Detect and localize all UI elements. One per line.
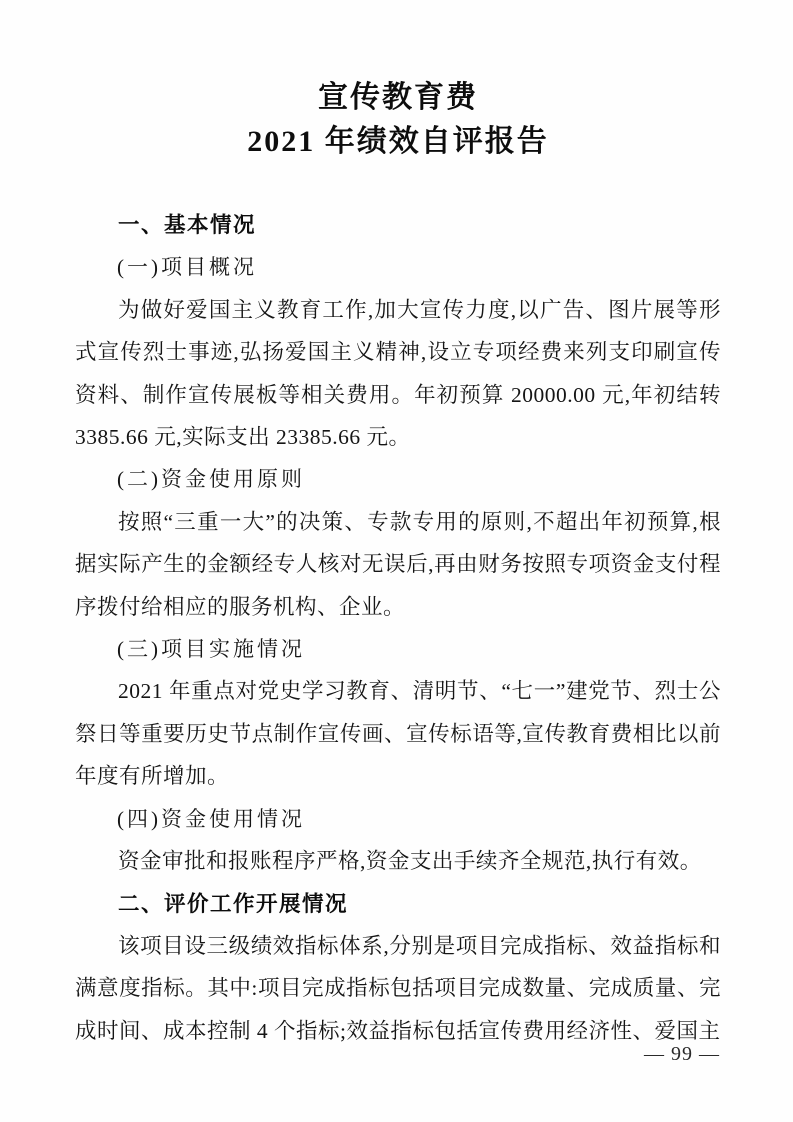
paragraph-fund-usage: 资金审批和报账程序严格,资金支出手续齐全规范,执行有效。 xyxy=(75,840,721,882)
paragraph-implementation: 2021 年重点对党史学习教育、清明节、“七一”建党节、烈士公祭日等重要历史节点… xyxy=(75,670,721,797)
page-number: — 99 — xyxy=(644,1042,720,1066)
section-heading-evaluation-work: 二、评价工作开展情况 xyxy=(75,883,721,925)
document-title-line1: 宣传教育费 xyxy=(75,76,721,120)
subsection-title-fund-principles: (二)资金使用原则 xyxy=(75,458,721,500)
subsection-title-fund-usage: (四)资金使用情况 xyxy=(75,798,721,840)
paragraph-evaluation-work: 该项目设三级绩效指标体系,分别是项目完成指标、效益指标和满意度指标。其中:项目完… xyxy=(75,925,721,1052)
paragraph-project-overview: 为做好爱国主义教育工作,加大宣传力度,以广告、图片展等形式宣传烈士事迹,弘扬爱国… xyxy=(75,289,721,459)
subsection-title-implementation: (三)项目实施情况 xyxy=(75,628,721,670)
report-page: 宣传教育费 2021 年绩效自评报告 一、基本情况 (一)项目概况 为做好爱国主… xyxy=(0,0,793,1122)
section-heading-basic-info: 一、基本情况 xyxy=(75,204,721,246)
document-body: 一、基本情况 (一)项目概况 为做好爱国主义教育工作,加大宣传力度,以广告、图片… xyxy=(75,204,721,1052)
page-content: 宣传教育费 2021 年绩效自评报告 一、基本情况 (一)项目概况 为做好爱国主… xyxy=(75,0,721,1052)
subsection-title-project-overview: (一)项目概况 xyxy=(75,246,721,288)
document-title: 宣传教育费 2021 年绩效自评报告 xyxy=(75,76,721,164)
document-title-line2: 2021 年绩效自评报告 xyxy=(75,120,721,164)
paragraph-fund-principles: 按照“三重一大”的决策、专款专用的原则,不超出年初预算,根据实际产生的金额经专人… xyxy=(75,501,721,628)
